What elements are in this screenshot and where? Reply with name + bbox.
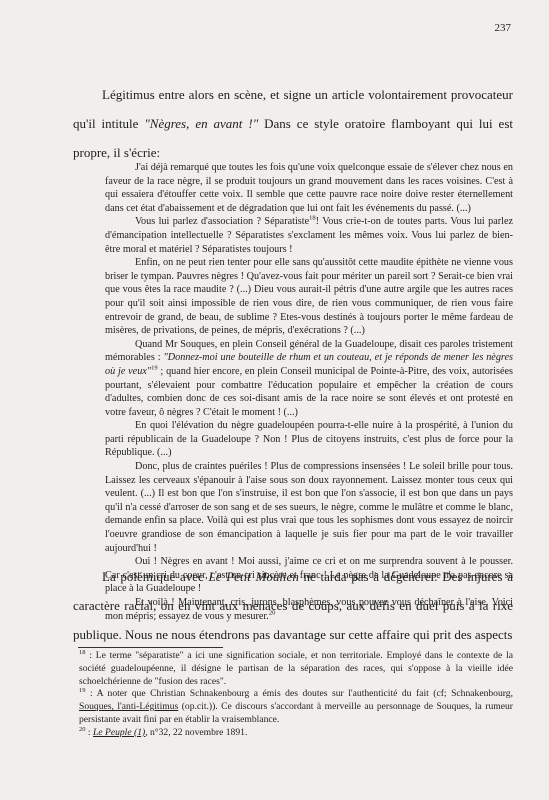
quote-paragraph: Donc, plus de craintes puériles ! Plus d… xyxy=(105,460,513,555)
quote-paragraph: Vous lui parlez d'association ? Séparati… xyxy=(105,215,513,256)
closing-paragraph: La polémique avec Le Petit Moulien ne ta… xyxy=(73,562,513,649)
quote-paragraph: En quoi l'élévation du nègre guadeloupée… xyxy=(105,419,513,460)
footnote-text-end: , n°32, 22 novembre 1891. xyxy=(145,727,247,738)
footnote-20: 20 : Le Peuple (1), n°32, 22 novembre 18… xyxy=(79,727,513,740)
cited-work: Souques, l'anti-Légitimus xyxy=(79,701,178,712)
cited-newspaper: Le Peuple (1) xyxy=(93,727,145,738)
footnotes: 18 : Le terme "séparatiste" a ici une si… xyxy=(79,650,513,740)
article-title: "Nègres, en avant !" xyxy=(144,116,258,131)
footnote-text: : xyxy=(86,727,93,738)
quote-paragraph: Quand Mr Souques, en plein Conseil génér… xyxy=(105,338,513,420)
quote-paragraph: J'ai déjà remarqué que toutes les fois q… xyxy=(105,161,513,215)
quote-text: Vous lui parlez d'association ? Séparati… xyxy=(135,216,309,227)
closing-text: La polémique avec xyxy=(102,569,209,584)
footnote-text: : Le terme "séparatiste" a ici une signi… xyxy=(79,650,513,687)
quote-text: ; quand hier encore, en plein Conseil mu… xyxy=(105,366,513,418)
footnote-18: 18 : Le terme "séparatiste" a ici une si… xyxy=(79,650,513,688)
intro-paragraph: Légitimus entre alors en scène, et signe… xyxy=(73,80,513,167)
page-number: 237 xyxy=(495,22,512,34)
footnote-divider xyxy=(78,647,223,648)
block-quote: J'ai déjà remarqué que toutes les fois q… xyxy=(105,161,513,623)
newspaper-title: Le Petit Moulien xyxy=(209,569,299,584)
footnote-19: 19 : A noter que Christian Schnakenbourg… xyxy=(79,688,513,726)
footnote-text: : A noter que Christian Schnakenbourg a … xyxy=(86,688,514,699)
quote-paragraph: Enfin, on ne peut rien tenter pour elle … xyxy=(105,256,513,338)
